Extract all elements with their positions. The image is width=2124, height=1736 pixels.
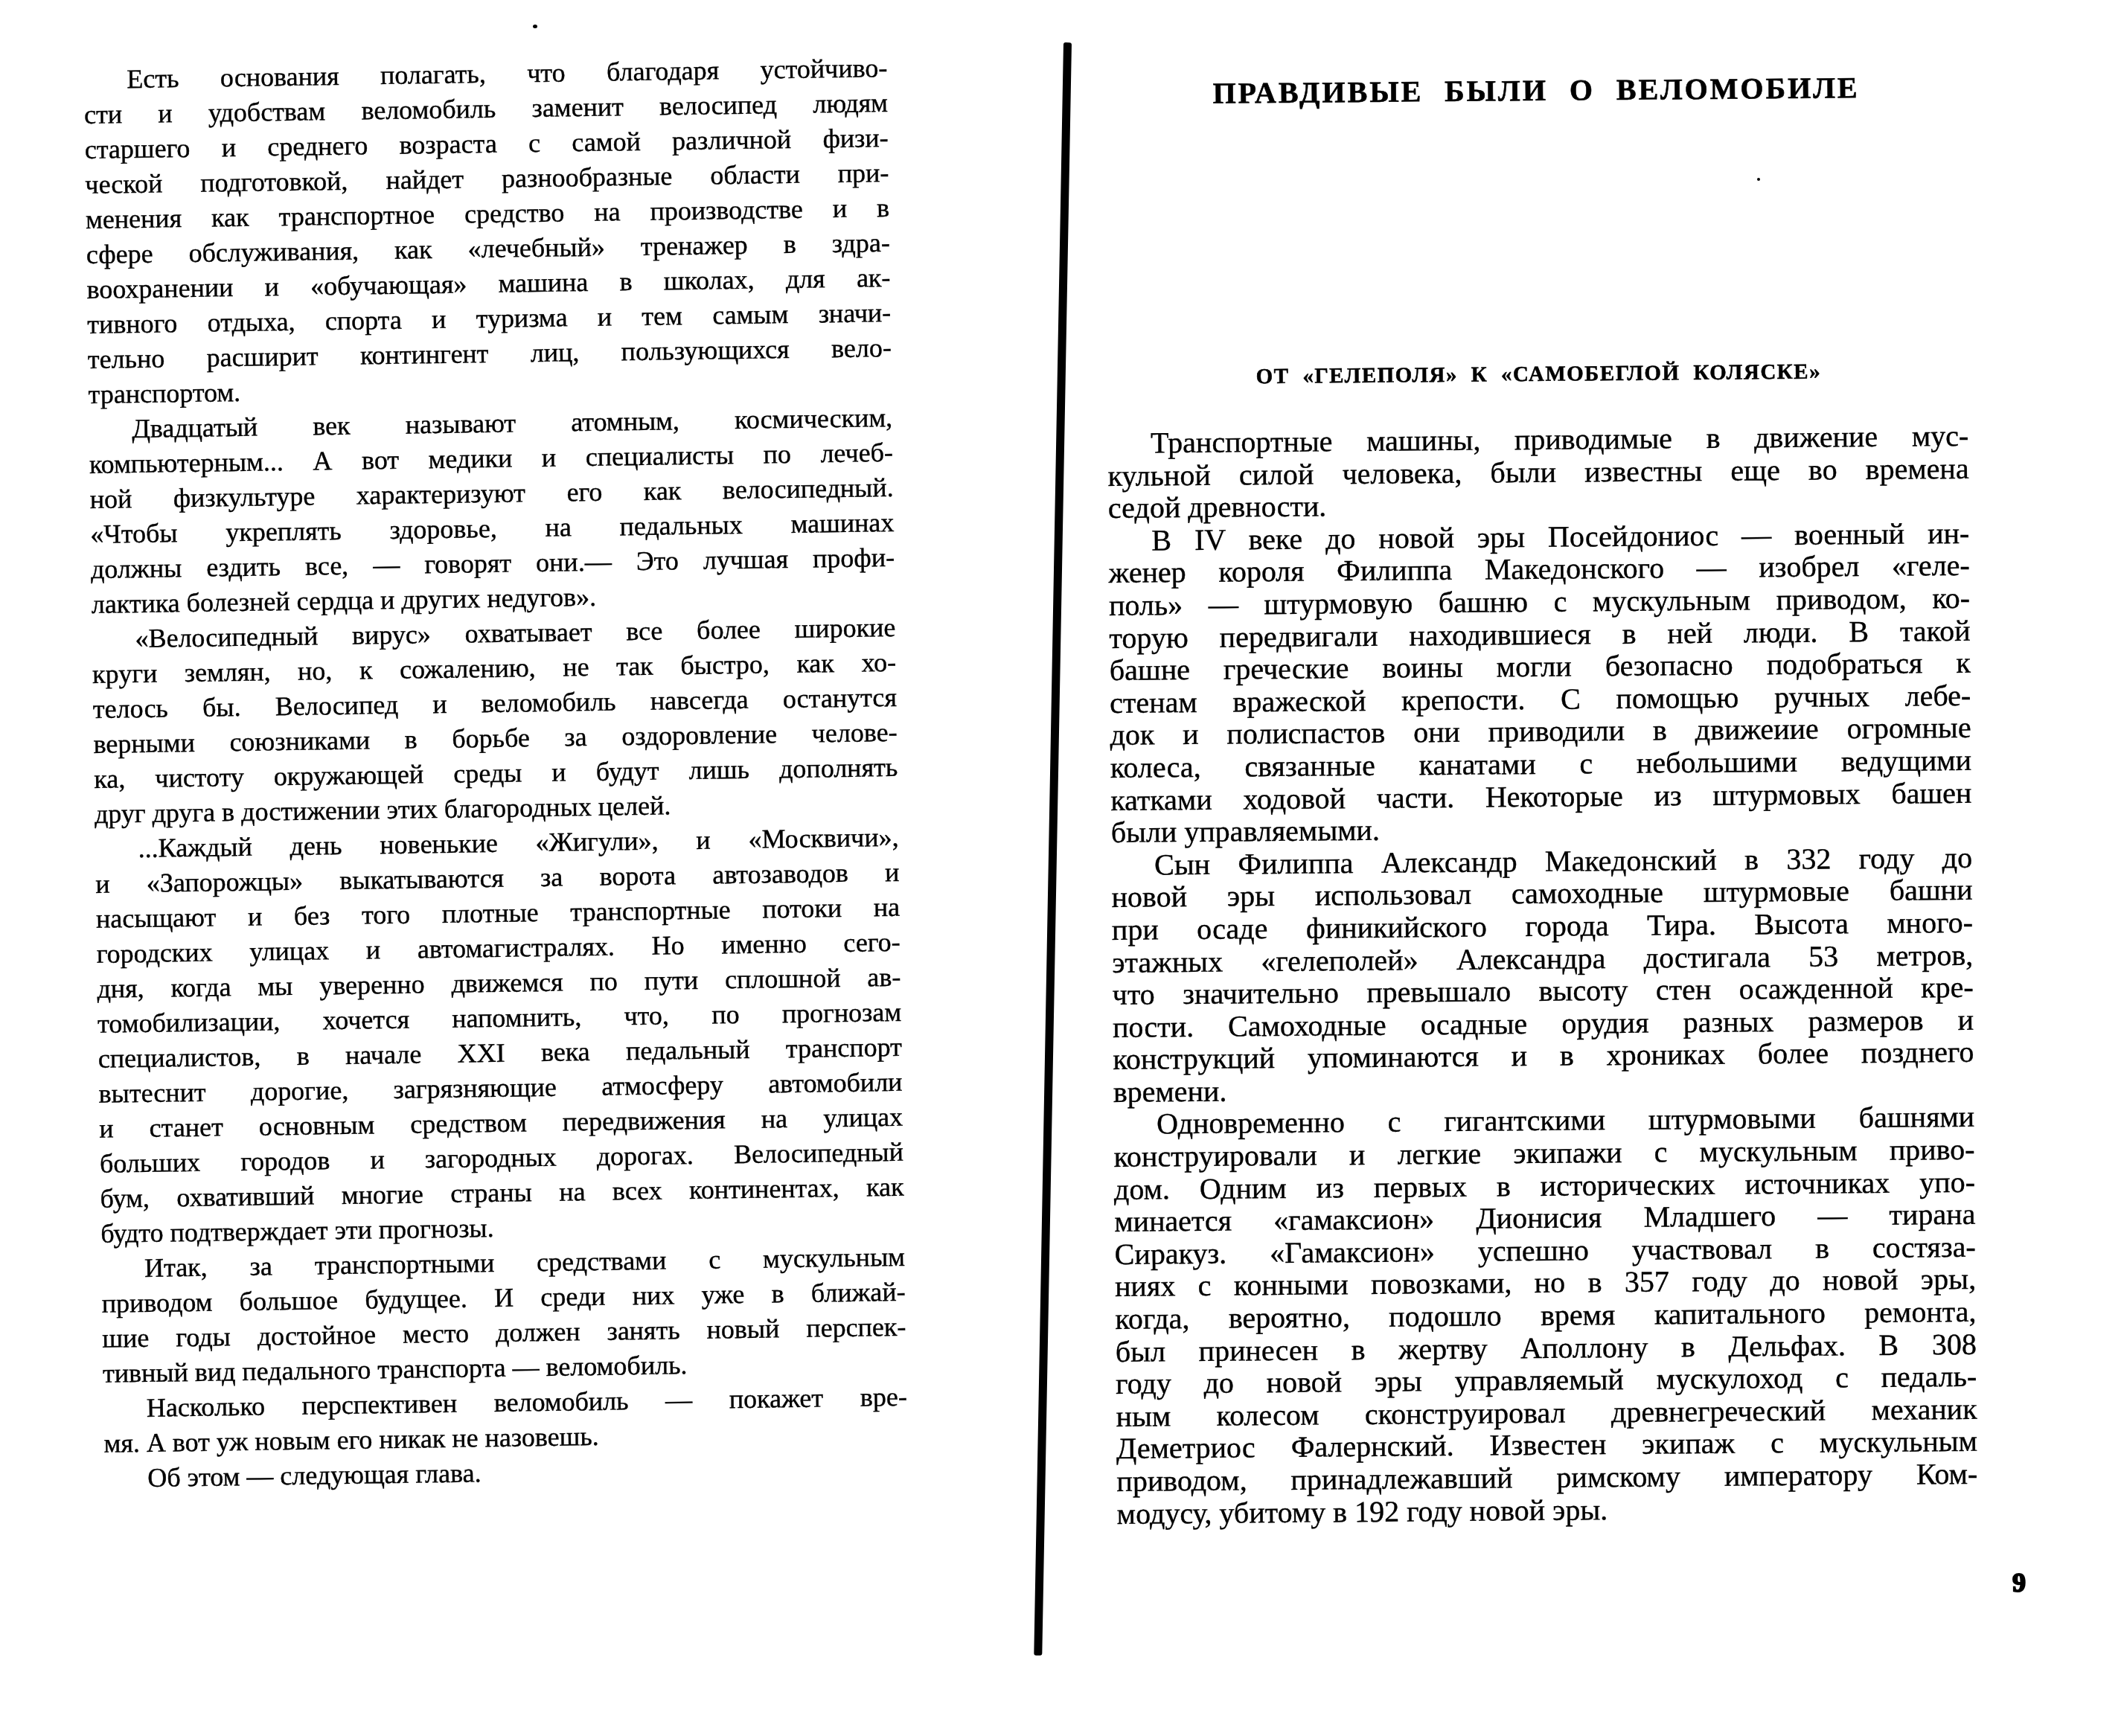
right-page-body-text: Транспортные машины, приводимые в движен… <box>1107 420 1978 1530</box>
book-spine-gutter-shadow <box>1034 42 1072 1656</box>
chapter-title: ПРАВДИВЫЕ БЫЛИ О ВЕЛОМОБИЛЕ <box>1104 69 1968 112</box>
text-line: катками ходовой части. Некоторые из штур… <box>1110 776 1971 816</box>
section-title: ОТ «ГЕЛЕПОЛЯ» К «САМОБЕГЛОЙ КОЛЯСКЕ» <box>1107 359 1970 391</box>
book-scan-spread: Есть основания полагать, что благодаря у… <box>0 0 2124 1736</box>
ink-speck <box>533 25 537 28</box>
page-number: 9 <box>2012 1567 2026 1598</box>
left-page: Есть основания полагать, что благодаря у… <box>83 51 908 1496</box>
left-page-body-text: Есть основания полагать, что благодаря у… <box>83 51 908 1496</box>
ink-speck <box>1757 178 1760 181</box>
text-line: модусу, убитому в 192 году новой эры. <box>1117 1490 1978 1530</box>
text-line: кульной силой человека, были известны ещ… <box>1107 452 1968 492</box>
